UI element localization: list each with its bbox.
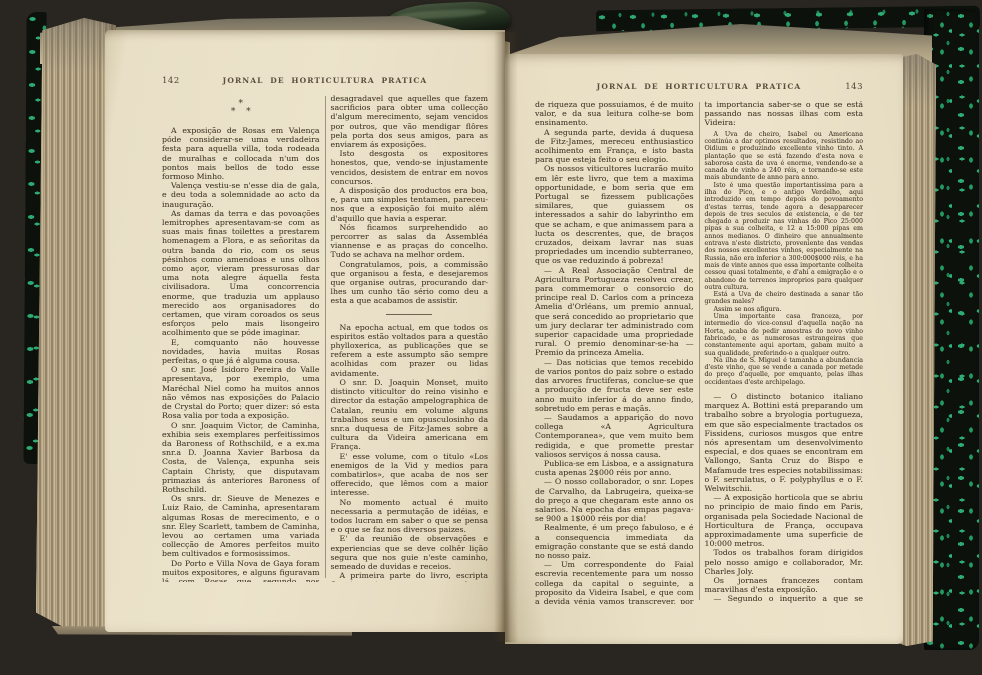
paragraph: O snr. José Isidoro Pereira do Valle apr… xyxy=(162,365,320,420)
section-divider-rule xyxy=(386,314,432,315)
page-143-running-head: JORNAL DE HORTICULTURA PRATICA 143 xyxy=(535,82,863,92)
paragraph: Uma importante casa franceza, por interm… xyxy=(705,313,864,357)
paragraph: Na epocha actual, em que todos os espiri… xyxy=(331,323,489,378)
asterism-bottom-row: * * xyxy=(162,108,320,116)
paragraph: Realmente, é um preço fabuloso, e é a co… xyxy=(535,523,694,560)
paragraph: Nós ficamos surprehendido ao percorrer a… xyxy=(331,223,489,260)
page-142-col2-paragraphs-top: desagradavel que aquelles que fazem sacr… xyxy=(331,94,489,306)
paragraph: — A Real Associação Central de Agricultu… xyxy=(535,266,694,358)
paragraph: No momento actual é muito necessaria a p… xyxy=(331,498,489,535)
paragraph: — Saudamos a apparição do novo collega «… xyxy=(535,413,694,459)
page-143-col2-news-items: — O distincto botanico italiano marquez … xyxy=(705,392,864,604)
paragraph: de riqueza que possuiamos, é de muito va… xyxy=(535,100,694,128)
paragraph: Congratulamos, pois, a commissão que org… xyxy=(331,260,489,306)
paragraph: Os snrs. dr. Sieuve de Menezes e Luiz Ra… xyxy=(162,494,320,558)
paragraph: — Segundo o inquerito a que se procedeu … xyxy=(705,594,864,604)
paragraph: A primeira parte do livro, escripta flue… xyxy=(331,571,489,582)
page-143-column-2: ta importancia saber-se o que se está pa… xyxy=(705,100,864,604)
paragraph: E' da reunião de observações e experienc… xyxy=(331,534,489,571)
paragraph: desagradavel que aquelles que fazem sacr… xyxy=(331,94,489,149)
paragraph: O snr. D. Joaquin Monset, muito distinct… xyxy=(331,378,489,452)
paragraph: Valença vestiu-se n'esse dia de gala, e … xyxy=(162,181,320,209)
paragraph: — O nosso collaborador, o snr. Lopes de … xyxy=(535,477,694,523)
page-142-columns: * * * A exposição de Rosas em Valença pó… xyxy=(162,94,488,582)
journal-title-left: JORNAL DE HORTICULTURA PRATICA xyxy=(200,76,450,85)
paragraph: A exposição de Rosas em Valença póde con… xyxy=(162,126,320,181)
paragraph: Todos os trabalhos foram dirigidos pelo … xyxy=(705,548,864,576)
paragraph: A disposição dos productos era boa, e, p… xyxy=(331,186,489,223)
page-142-column-2: desagradavel que aquelles que fazem sacr… xyxy=(331,94,489,582)
journal-title-right: JORNAL DE HORTICULTURA PRATICA xyxy=(573,82,825,91)
open-book-photo: 142 JORNAL DE HORTICULTURA PRATICA * * *… xyxy=(0,0,982,675)
paragraph: Os jornaes francezes contam maravilhas d… xyxy=(705,576,864,594)
page-143: JORNAL DE HORTICULTURA PRATICA 143 de ri… xyxy=(505,54,903,644)
paragraph: — Um correspondente do Faial escrevia re… xyxy=(535,560,694,604)
paragraph: O snr. Joaquim Victor, de Caminha, exhib… xyxy=(162,421,320,495)
page-143-columns: de riqueza que possuiamos, é de muito va… xyxy=(535,100,863,604)
paragraph: — A exposição horticola que se abriu no … xyxy=(705,493,864,548)
paragraph: ta importancia saber-se o que se está pa… xyxy=(705,100,864,128)
paragraph: — Das noticias que temos recebido de var… xyxy=(535,358,694,413)
paragraph: E, comquanto não houvesse novidades, hav… xyxy=(162,338,320,366)
page-142-running-head: 142 JORNAL DE HORTICULTURA PRATICA xyxy=(162,76,488,86)
paragraph: Isto é uma questão importantissima para … xyxy=(705,182,864,291)
page-143-content: JORNAL DE HORTICULTURA PRATICA 143 de ri… xyxy=(535,82,863,614)
page-142: 142 JORNAL DE HORTICULTURA PRATICA * * *… xyxy=(105,30,505,632)
paragraph: As damas da terra e das povoações lemitr… xyxy=(162,209,320,338)
paragraph: A Uva de cheiro, Isabel ou Americana con… xyxy=(705,131,864,182)
page-stack-left xyxy=(36,18,116,634)
paragraph: Os nossos viticultores lucrarão muito em… xyxy=(535,164,694,265)
page-number-143: 143 xyxy=(825,82,863,92)
paragraph: Do Porto e Villa Nova de Gaya foram muit… xyxy=(162,559,320,582)
paragraph: A segunda parte, devida á duquesa de Fit… xyxy=(535,128,694,165)
page-143-column-1: de riqueza que possuiamos, é de muito va… xyxy=(535,100,694,604)
page-142-col1-paragraphs: A exposição de Rosas em Valença póde con… xyxy=(162,126,320,582)
page-143-col2-intro: ta importancia saber-se o que se está pa… xyxy=(705,100,864,128)
paragraph: Publica-se em Lisboa, e a assignatura cu… xyxy=(535,459,694,477)
page-143-col2-quoted-letter: A Uva de cheiro, Isabel ou Americana con… xyxy=(705,131,864,386)
paragraph: Está a Uva de cheiro destinada a sanar t… xyxy=(705,291,864,306)
page-number-142: 142 xyxy=(162,76,200,86)
page-142-col2-paragraphs-bottom: Na epocha actual, em que todos os espiri… xyxy=(331,323,489,582)
asterism-section-mark: * * * xyxy=(162,100,320,116)
paragraph: Na ilha de S. Miguel é tamanha a abundan… xyxy=(705,357,864,386)
paragraph: Isto desgosta os expositores honestos, q… xyxy=(331,149,489,186)
paragraph: E' esse volume, com o titulo «Los enemig… xyxy=(331,452,489,498)
page-142-column-1: * * * A exposição de Rosas em Valença pó… xyxy=(162,94,320,582)
paragraph: — O distincto botanico italiano marquez … xyxy=(705,392,864,493)
paragraph: Assim se nos afigura. xyxy=(705,306,864,313)
page-142-content: 142 JORNAL DE HORTICULTURA PRATICA * * *… xyxy=(162,76,488,608)
